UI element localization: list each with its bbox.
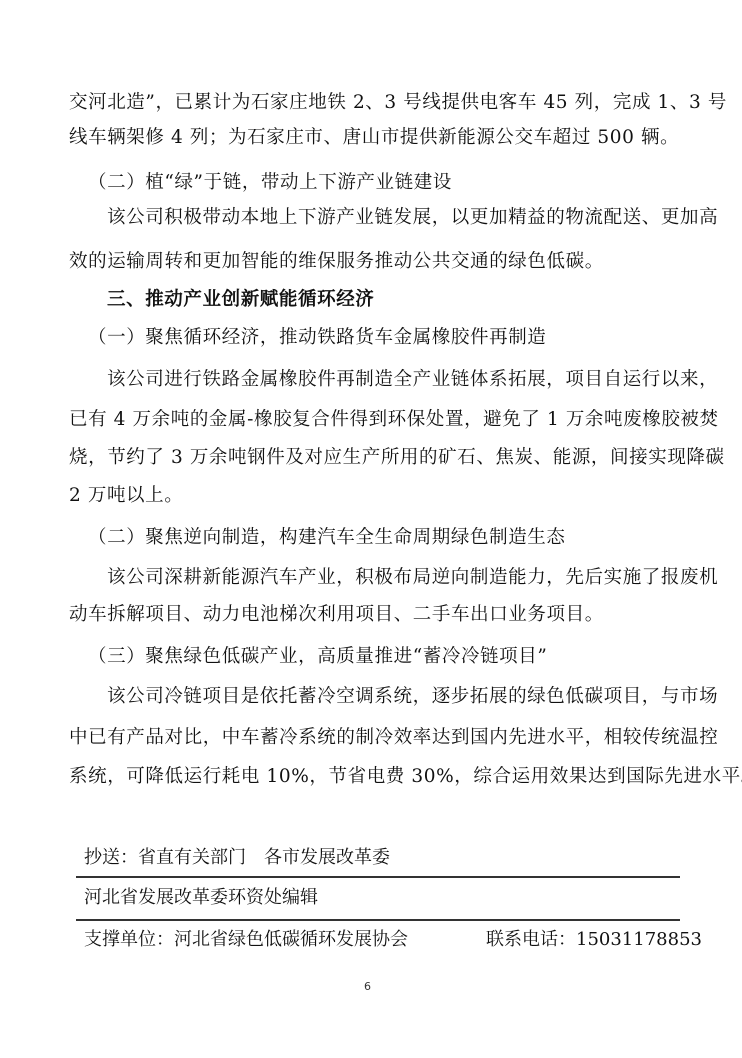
subheading: （一）聚焦循环经济，推动铁路货车金属橡胶件再制造 <box>88 327 698 349</box>
paragraph-line: 交河北造”，已累计为石家庄地铁 2、3 号线提供电客车 45 列，完成 1、3 … <box>69 92 679 114</box>
paragraph-line: 系统，可降低运行耗电 10%，节省电费 30%，综合运用效果达到国际先进水平。 <box>69 766 679 788</box>
paragraph-line: 该公司积极带动本地上下游产业链发展，以更加精益的物流配送、更加高 <box>107 207 679 229</box>
section-heading: 三、推动产业创新赋能循环经济 <box>107 289 717 311</box>
subheading: （三）聚焦绿色低碳产业，高质量推进“蓄冷冷链项目” <box>88 646 698 668</box>
divider <box>76 876 680 878</box>
page-number: 6 <box>364 980 371 993</box>
subheading: （二）植“绿”于链，带动上下游产业链建设 <box>88 172 698 194</box>
paragraph-line: 该公司深耕新能源汽车产业，积极布局逆向制造能力，先后实施了报废机 <box>107 567 679 589</box>
paragraph-line: 动车拆解项目、动力电池梯次利用项目、二手车出口业务项目。 <box>69 604 679 626</box>
subheading: （二）聚焦逆向制造，构建汽车全生命周期绿色制造生态 <box>88 527 698 549</box>
paragraph-line: 中已有产品对比，中车蓄冷系统的制冷效率达到国内先进水平，相较传统温控 <box>69 727 679 749</box>
paragraph-line: 该公司冷链项目是依托蓄冷空调系统，逐步拓展的绿色低碳项目，与市场 <box>107 686 679 708</box>
paragraph-line: 已有 4 万余吨的金属-橡胶复合件得到环保处置，避免了 1 万余吨废橡胶被焚 <box>69 409 679 431</box>
paragraph-line: 线车辆架修 4 列；为石家庄市、唐山市提供新能源公交车超过 500 辆。 <box>69 127 679 149</box>
contact-phone: 联系电话：15031178853 <box>486 929 702 951</box>
paragraph-line: 该公司进行铁路金属橡胶件再制造全产业链体系拓展，项目自运行以来， <box>107 369 679 391</box>
paragraph-line: 烧，节约了 3 万余吨钢件及对应生产所用的矿石、焦炭、能源，间接实现降碳 <box>69 447 679 469</box>
divider <box>76 919 680 921</box>
paragraph-line: 2 万吨以上。 <box>69 485 679 507</box>
support-unit: 支撑单位：河北省绿色低碳循环发展协会 <box>84 929 408 951</box>
paragraph-line: 效的运输周转和更加智能的维保服务推动公共交通的绿色低碳。 <box>69 251 679 273</box>
cc-line: 抄送：省直有关部门 各市发展改革委 <box>84 847 390 869</box>
editor-line: 河北省发展改革委环资处编辑 <box>84 887 318 909</box>
